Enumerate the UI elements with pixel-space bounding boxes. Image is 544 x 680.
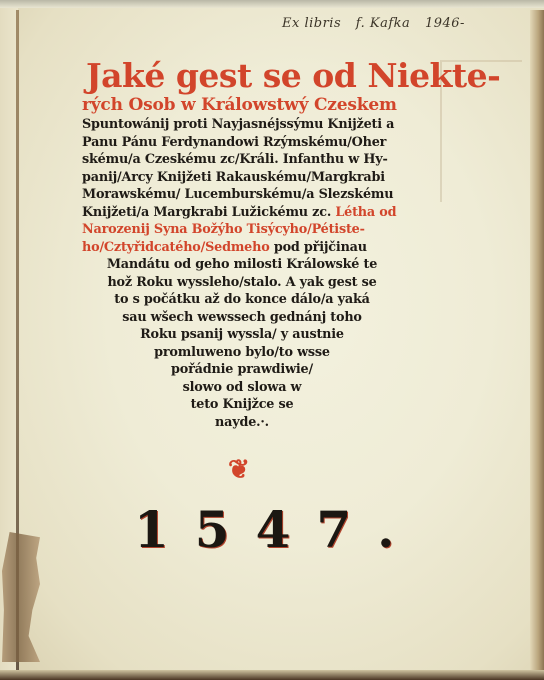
title-line-3: Spuntowánij proti Nayjasnéjssýmu Knijžet…: [82, 116, 402, 134]
title-line-1: Jaké gest se od Niekte-: [82, 58, 402, 94]
title-line-10-black: pod přijčinau: [274, 240, 367, 255]
title-line-8-red: Létha od: [335, 205, 396, 220]
title-line-6: panij/Arcy Knijžeti Rakauskému/Margkrabi: [82, 169, 402, 187]
title-line-4: Panu Pánu Ferdynandowi Rzýmskému/Oher: [82, 134, 402, 152]
title-line-10-red: ho/Cztyřidcatého/Sedmeho: [82, 240, 270, 255]
title-line-10: ho/Cztyřidcatého/Sedmeho pod přijčinau: [82, 239, 402, 257]
page-right-edge: [530, 10, 544, 675]
page-top-edge: [0, 0, 544, 8]
publication-year: 1547.: [134, 500, 421, 559]
title-line-20: nayde.·.: [82, 414, 402, 432]
title-line-16: promluweno bylo/to wsse: [82, 344, 402, 362]
floral-ornament-icon: ❦: [228, 455, 250, 485]
title-line-18: slowo od slowa w: [82, 379, 402, 397]
title-line-8: Knijžeti/a Margkrabi Lužickému zc. Létha…: [82, 204, 402, 222]
title-line-11: Mandátu od geho milosti Králowské te: [82, 256, 402, 274]
title-line-17: pořádnie prawdiwie/: [82, 361, 402, 379]
title-block: Jaké gest se od Niekte- rých Osob w Král…: [82, 58, 402, 431]
inscription-year: 1946-: [425, 16, 465, 31]
ex-libris-label: Ex libris: [282, 16, 341, 31]
title-line-2: rých Osob w Králowstwý Czeskem: [82, 94, 402, 116]
title-line-5: skému/a Czeskému zc/Králi. Infanthu w Hy…: [82, 151, 402, 169]
title-line-13: to s počátku až do konce dálo/a yaká: [82, 291, 402, 309]
title-line-7: Morawskému/ Lucemburskému/a Slezskému: [82, 186, 402, 204]
title-line-8-black: Knijžeti/a Margkrabi Lužickému zc.: [82, 205, 331, 220]
title-line-19: teto Knijžce se: [82, 396, 402, 414]
title-line-9: Narozenij Syna Božýho Tisýcyho/Pétiste-: [82, 221, 402, 239]
page-bottom-edge: [0, 670, 544, 680]
title-line-15: Roku psanij wyssla/ y austnie: [82, 326, 402, 344]
title-line-14: sau wšech wewssech gednánj toho: [82, 309, 402, 327]
title-line-12: hož Roku wyssleho/stalo. A yak gest se: [82, 274, 402, 292]
owner-name: f. Kafka: [356, 16, 411, 31]
ex-libris-inscription: Ex libris f. Kafka 1946-: [282, 16, 475, 31]
